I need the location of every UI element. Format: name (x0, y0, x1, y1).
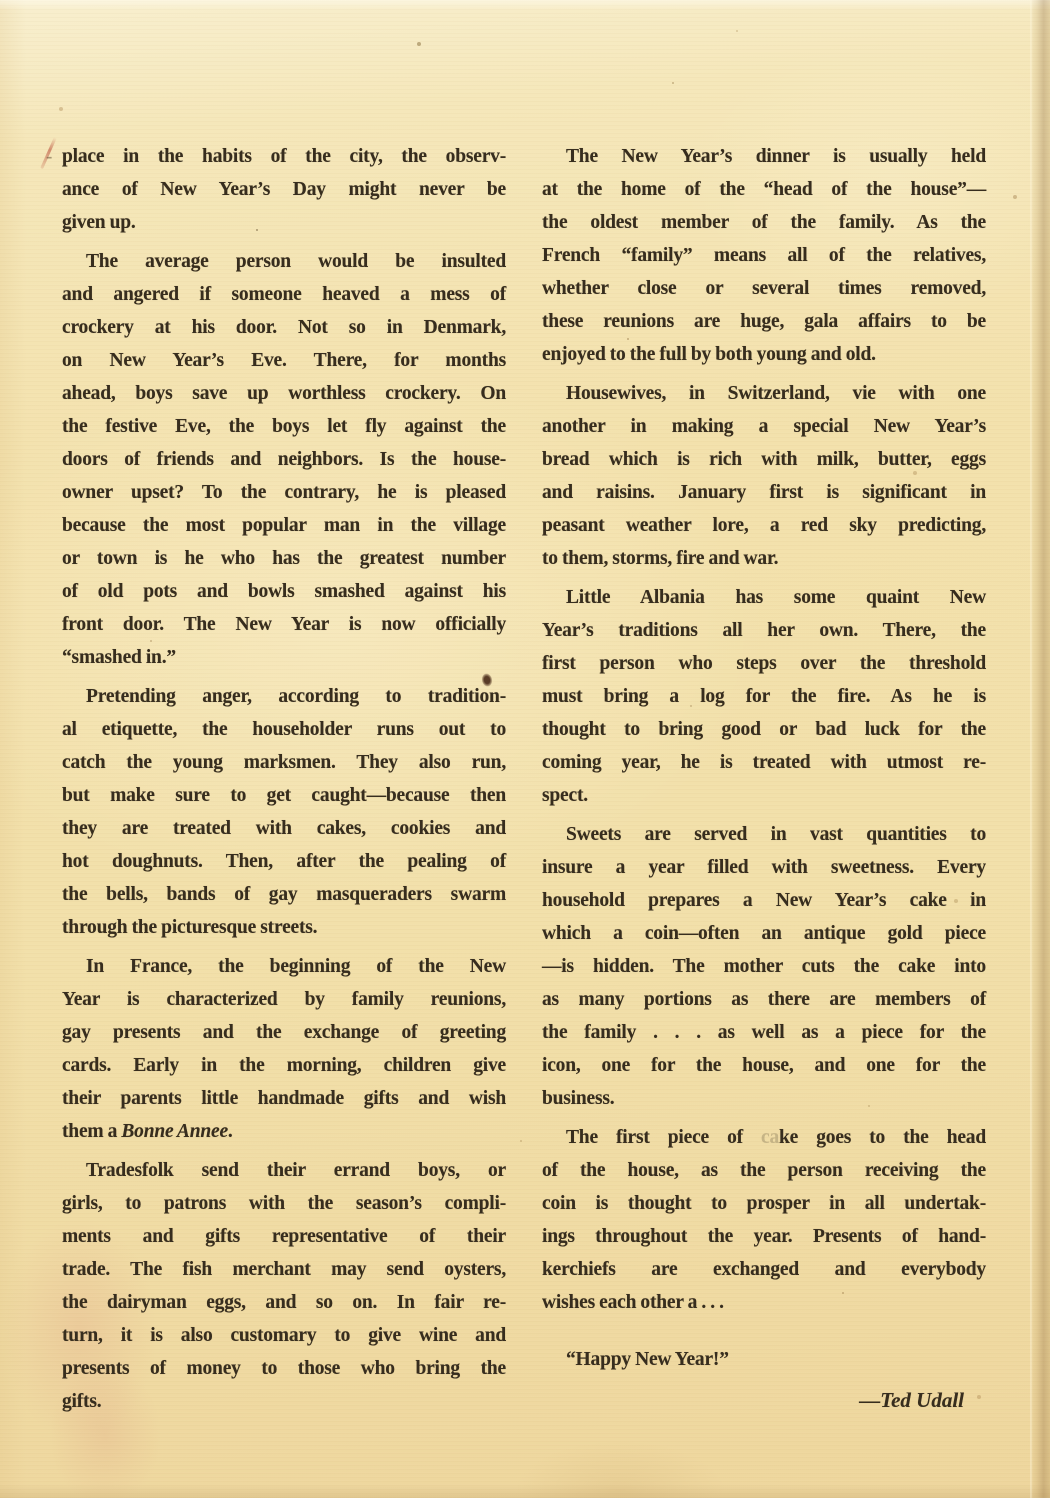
text-line: their parents little handmade gifts and … (62, 1082, 506, 1115)
text-line: business. (542, 1082, 986, 1115)
text-line: first person who steps over the threshol… (542, 647, 986, 680)
text-line: spect. (542, 779, 986, 812)
text-line: ments and gifts representative of their (62, 1220, 506, 1253)
text-line: Pretending anger, according to tradition… (62, 680, 506, 713)
text-line: them a Bonne Annee. (62, 1115, 506, 1148)
text-line: and angered if someone heaved a mess of (62, 278, 506, 311)
text-line: The first piece of cake goes to the head (542, 1121, 986, 1154)
text-line: through the picturesque streets. (62, 911, 506, 944)
text-line: must bring a log for the fire. As he is (542, 680, 986, 713)
text-line: Tradesfolk send their errand boys, or (62, 1154, 506, 1187)
text-line: the oldest member of the family. As the (542, 206, 986, 239)
text-line: another in making a special New Year’s (542, 410, 986, 443)
page-top-edge (0, 0, 1050, 10)
paragraph: place in the habits of the city, the obs… (62, 140, 506, 239)
text-line: but make sure to get caught—because then (62, 779, 506, 812)
text-line: to them, storms, fire and war. (542, 542, 986, 575)
text-line: gifts. (62, 1385, 506, 1418)
faded-ink-text: ca (761, 1127, 779, 1148)
paragraph: The average person would be insultedand … (62, 245, 506, 674)
paragraph: Sweets are served in vast quantities toi… (542, 818, 986, 1115)
paragraph: Pretending anger, according to tradition… (62, 680, 506, 944)
text-line: Sweets are served in vast quantities to (542, 818, 986, 851)
right-text-column: The New Year’s dinner is usually heldat … (542, 140, 986, 1424)
paragraph: Little Albania has some quaint NewYear’s… (542, 581, 986, 812)
text-line: girls, to patrons with the season’s comp… (62, 1187, 506, 1220)
page-bottom-edge (0, 1484, 1050, 1498)
paragraph: The New Year’s dinner is usually heldat … (542, 140, 986, 371)
text-line: place in the habits of the city, the obs… (62, 140, 506, 173)
text-line: Year is characterized by family reunions… (62, 983, 506, 1016)
paragraph: In France, the beginning of the NewYear … (62, 950, 506, 1148)
text-line: al etiquette, the householder runs out t… (62, 713, 506, 746)
text-line: the family . . . as well as a piece for … (542, 1016, 986, 1049)
text-line: ahead, boys save up worthless crockery. … (62, 377, 506, 410)
text-line: Year’s traditions all her own. There, th… (542, 614, 986, 647)
text-line: presents of money to those who bring the (62, 1352, 506, 1385)
text-line: coin is thought to prosper in all undert… (542, 1187, 986, 1220)
text-line: front door. The New Year is now official… (62, 608, 506, 641)
text-line: catch the young marksmen. They also run, (62, 746, 506, 779)
text-line: household prepares a New Year’s cake in (542, 884, 986, 917)
text-line: whether close or several times removed, (542, 272, 986, 305)
text-line: Little Albania has some quaint New (542, 581, 986, 614)
text-line: The average person would be insulted (62, 245, 506, 278)
text-line: icon, one for the house, and one for the (542, 1049, 986, 1082)
text-line: “smashed in.” (62, 641, 506, 674)
paragraph: Tradesfolk send their errand boys, orgir… (62, 1154, 506, 1418)
text-line: ings throughout the year. Presents of ha… (542, 1220, 986, 1253)
paragraph: The first piece of cake goes to the head… (542, 1121, 986, 1319)
text-line: they are treated with cakes, cookies and (62, 812, 506, 845)
stray-dash-mark: - (46, 146, 52, 168)
text-line: turn, it is also customary to give wine … (62, 1319, 506, 1352)
author-signature: —Ted Udall (542, 1384, 986, 1417)
text-line: thought to bring good or bad luck for th… (542, 713, 986, 746)
text-line: hot doughnuts. Then, after the pealing o… (62, 845, 506, 878)
paragraph: Housewives, in Switzerland, vie with one… (542, 377, 986, 575)
text-line: peasant weather lore, a red sky predicti… (542, 509, 986, 542)
text-line: cards. Early in the morning, children gi… (62, 1049, 506, 1082)
text-line: ance of New Year’s Day might never be (62, 173, 506, 206)
text-line: gay presents and the exchange of greetin… (62, 1016, 506, 1049)
text-line: Housewives, in Switzerland, vie with one (542, 377, 986, 410)
text-line: coming year, he is treated with utmost r… (542, 746, 986, 779)
text-line: the festive Eve, the boys let fly agains… (62, 410, 506, 443)
text-line: because the most popular man in the vill… (62, 509, 506, 542)
text-line: of old pots and bowls smashed against hi… (62, 575, 506, 608)
page-right-edge (1030, 0, 1050, 1498)
text-line: —is hidden. The mother cuts the cake int… (542, 950, 986, 983)
paragraph: “Happy New Year!” (542, 1343, 986, 1376)
text-line: enjoyed to the full by both young and ol… (542, 338, 986, 371)
text-line: crockery at his door. Not so in Denmark, (62, 311, 506, 344)
text-line: and raisins. January first is significan… (542, 476, 986, 509)
text-line: or town is he who has the greatest numbe… (62, 542, 506, 575)
text-line: bread which is rich with milk, butter, e… (542, 443, 986, 476)
text-line: as many portions as there are members of (542, 983, 986, 1016)
text-line: of the house, as the person receiving th… (542, 1154, 986, 1187)
text-line: which a coin—often an antique gold piece (542, 917, 986, 950)
text-line: at the home of the “head of the house”— (542, 173, 986, 206)
italic-text: Bonne Annee (121, 1121, 228, 1142)
scanned-text-page: - place in the habits of the city, the o… (0, 0, 1050, 1498)
text-line: French “family” means all of the relativ… (542, 239, 986, 272)
text-line: given up. (62, 206, 506, 239)
text-line: trade. The fish merchant may send oyster… (62, 1253, 506, 1286)
text-line: the bells, bands of gay masqueraders swa… (62, 878, 506, 911)
text-line: wishes each other a . . . (542, 1286, 986, 1319)
text-line: The New Year’s dinner is usually held (542, 140, 986, 173)
text-line: kerchiefs are exchanged and everybody (542, 1253, 986, 1286)
text-line: In France, the beginning of the New (62, 950, 506, 983)
left-text-column: place in the habits of the city, the obs… (62, 140, 506, 1424)
text-line: doors of friends and neighbors. Is the h… (62, 443, 506, 476)
text-line: “Happy New Year!” (542, 1343, 986, 1376)
two-column-text-body: place in the habits of the city, the obs… (62, 140, 986, 1424)
text-line: these reunions are huge, gala affairs to… (542, 305, 986, 338)
paper-specks (0, 0, 2, 2)
text-line: on New Year’s Eve. There, for months (62, 344, 506, 377)
text-line: insure a year filled with sweetness. Eve… (542, 851, 986, 884)
text-line: the dairyman eggs, and so on. In fair re… (62, 1286, 506, 1319)
text-line: owner upset? To the contrary, he is plea… (62, 476, 506, 509)
